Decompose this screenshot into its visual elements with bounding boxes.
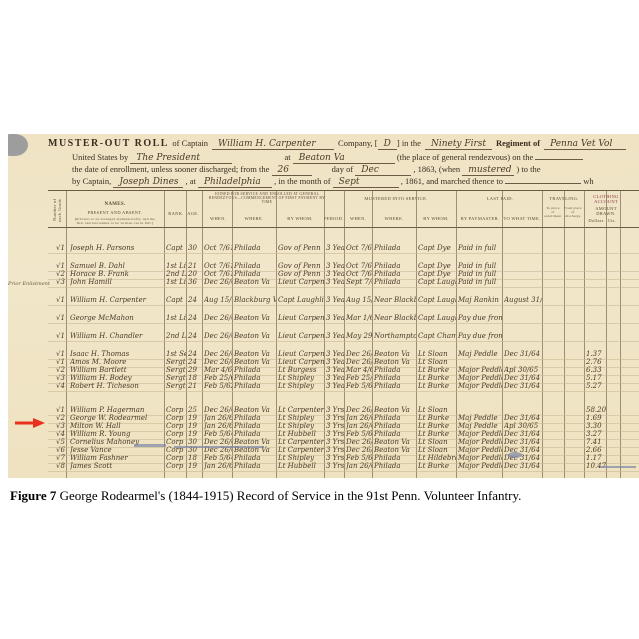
roll-title-line: MUSTER-OUT ROLL of Captain William H. Ca… bbox=[48, 138, 626, 150]
col-rank: RANK. bbox=[166, 211, 186, 216]
cell-rank: Sergt bbox=[166, 358, 186, 366]
cell-rank: Corp bbox=[166, 454, 186, 462]
cell-name: Horace B. Frank bbox=[70, 270, 162, 278]
cell-period: 3 Years bbox=[326, 374, 344, 382]
cell-m-by: Capt Dye bbox=[418, 262, 456, 270]
cell-num: √2 bbox=[56, 270, 66, 278]
cell-period: 3 Yrs bbox=[326, 438, 344, 446]
cell-num: √2 bbox=[56, 366, 66, 374]
cell-by: Lt Hubbell bbox=[278, 462, 324, 470]
cell-period: 3 Yrs bbox=[326, 422, 344, 430]
cell-period: 3 Yrs bbox=[326, 430, 344, 438]
table-row: √8James ScottCorp19Jan 26/64PhiladaLt Hu… bbox=[8, 462, 639, 474]
cell-m-when: Mar 1/65 bbox=[346, 314, 372, 322]
cell-m-when: May 29/65 bbox=[346, 332, 372, 340]
cell-period: 3 Years bbox=[326, 350, 344, 358]
cell-to: Dec 31/64 bbox=[504, 382, 542, 390]
cell-where: Beaton Va bbox=[234, 314, 276, 322]
cell-to: Dec 31/64 bbox=[504, 374, 542, 382]
cell-m-when: Feb 5/62 bbox=[346, 382, 372, 390]
cell-m-when: Jan 26/64 bbox=[346, 422, 372, 430]
cell-when: Aug 15/64 bbox=[204, 296, 232, 304]
cell-m-when: Dec 26/63 bbox=[346, 438, 372, 446]
cell-when: Jan 26/64 bbox=[204, 414, 232, 422]
cell-m-when: Aug 15/64 bbox=[346, 296, 372, 304]
cell-where: Blackburg Va bbox=[234, 296, 276, 304]
cell-num: √7 bbox=[56, 454, 66, 462]
cell-when: Dec 26/63 bbox=[204, 350, 232, 358]
cell-m-when: Jan 26/64 bbox=[346, 462, 372, 470]
cell-age: 19 bbox=[188, 422, 202, 430]
company-letter: D bbox=[378, 139, 397, 150]
cell-m-where: Philada bbox=[374, 462, 416, 470]
cell-rank: Sergt bbox=[166, 382, 186, 390]
cell-by: Lieut Carpenter bbox=[278, 350, 324, 358]
cell-m-when: Oct 7/61 bbox=[346, 244, 372, 252]
cell-paid: Major Peddle bbox=[458, 446, 502, 454]
cell-m-where: Philada bbox=[374, 422, 416, 430]
roll-line-3: the date of enrollment, unless sooner di… bbox=[72, 164, 540, 176]
cell-where: Philada bbox=[234, 430, 276, 438]
cell-m-where: Beaton Va bbox=[374, 350, 416, 358]
cell-age: 19 bbox=[188, 462, 202, 470]
cell-m-by: Lt Sloan bbox=[418, 438, 456, 446]
table-row: √3John Hamill1st Lieut36Dec 26/63Beaton … bbox=[8, 278, 639, 290]
cell-amt: 5.17 bbox=[586, 374, 606, 382]
cell-name: Amos M. Moore bbox=[70, 358, 162, 366]
cell-where: Beaton Va bbox=[234, 358, 276, 366]
cell-where: Philada bbox=[234, 462, 276, 470]
cell-where: Beaton Va bbox=[234, 278, 276, 286]
cell-num: √3 bbox=[56, 374, 66, 382]
cell-amt: 1.17 bbox=[586, 454, 606, 462]
cell-to: Dec 31/64 bbox=[504, 350, 542, 358]
cell-where: Beaton Va bbox=[234, 438, 276, 446]
cell-when: Dec 26/63 bbox=[204, 278, 232, 286]
cell-when: Oct 7/61 bbox=[204, 270, 232, 278]
cell-paid: Maj Peddle bbox=[458, 350, 502, 358]
cell-m-when: Sept 7/64 bbox=[346, 278, 372, 286]
cell-m-by: Capt Chamberlain bbox=[418, 332, 456, 340]
cell-age: 19 bbox=[188, 430, 202, 438]
cell-paid: Major Peddle bbox=[458, 462, 502, 470]
cell-by: Lt Shipley bbox=[278, 382, 324, 390]
cell-period: 3 Yrs bbox=[326, 454, 344, 462]
cell-by: Lt Shipley bbox=[278, 414, 324, 422]
cell-m-where: Philada bbox=[374, 454, 416, 462]
cell-m-by: Lt Burke bbox=[418, 414, 456, 422]
cell-by: Lieut Carpenter bbox=[278, 314, 324, 322]
cell-m-by: Capt Laughlin bbox=[418, 314, 456, 322]
ink-blot bbox=[8, 134, 28, 156]
cell-m-by: Lt Sloan bbox=[418, 350, 456, 358]
cell-num: √1 bbox=[56, 358, 66, 366]
cell-m-where: Near Blackburg bbox=[374, 314, 416, 322]
col-number: Number of each Grade bbox=[52, 198, 64, 222]
cell-amt: 6.33 bbox=[586, 366, 606, 374]
authority: The President bbox=[130, 153, 232, 164]
cell-name: Robert H. Ticheson bbox=[70, 382, 162, 390]
cell-num: √4 bbox=[56, 382, 66, 390]
cell-rank: Corp bbox=[166, 430, 186, 438]
cell-num: √2 bbox=[56, 414, 66, 422]
cell-where: Philada bbox=[234, 244, 276, 252]
cell-where: Philada bbox=[234, 414, 276, 422]
table-row: √1Joseph H. ParsonsCapt30Oct 7/61Philada… bbox=[8, 244, 639, 256]
cell-m-where: Northampton DC bbox=[374, 332, 416, 340]
cell-by: Gov of Penn bbox=[278, 244, 324, 252]
cell-name: Joseph H. Parsons bbox=[70, 244, 162, 252]
cell-to: Apl 30/65 bbox=[504, 366, 542, 374]
cell-period: 3 Yrs bbox=[326, 406, 344, 414]
cell-paid: Maj Rankin bbox=[458, 296, 502, 304]
cell-period: 3 Years bbox=[326, 296, 344, 304]
table-row: √1William H. CarpenterCapt24Aug 15/64Bla… bbox=[8, 296, 639, 308]
cell-age: 25 bbox=[188, 406, 202, 414]
cell-m-where: Philada bbox=[374, 262, 416, 270]
cell-by: Gov of Penn bbox=[278, 262, 324, 270]
cell-m-when: Feb 5/64 bbox=[346, 430, 372, 438]
table-row: √4Robert H. TichesonSergt21Feb 5/62Phila… bbox=[8, 382, 639, 394]
red-arrow-icon bbox=[15, 418, 45, 428]
cell-num: √1 bbox=[56, 262, 66, 270]
cell-period: 3 Years bbox=[326, 358, 344, 366]
cell-when: Dec 26/63 bbox=[204, 358, 232, 366]
cell-rank: 2nd Lieut bbox=[166, 332, 186, 340]
cell-age: 36 bbox=[188, 278, 202, 286]
cell-m-by: Capt Dye bbox=[418, 244, 456, 252]
cell-m-by: Lt Burke bbox=[418, 422, 456, 430]
cell-period: 3 Yrs bbox=[326, 462, 344, 470]
cell-amt: 7.41 bbox=[586, 438, 606, 446]
table-row: √1William H. Chandler2nd Lieut24Dec 26/6… bbox=[8, 332, 639, 344]
col-joined: JOINED FOR SERVICE AND ENROLLED AT GENER… bbox=[204, 192, 330, 204]
cell-amt: 3.30 bbox=[586, 422, 606, 430]
cell-where: Beaton Va bbox=[234, 332, 276, 340]
cell-by: Lieut Carpenter bbox=[278, 358, 324, 366]
cell-m-when: Mar 4/62 bbox=[346, 366, 372, 374]
cell-num: √5 bbox=[56, 438, 66, 446]
figure-caption: Figure 7 George Rodearmel's (1844-1915) … bbox=[10, 488, 521, 504]
cell-by: Lieut Carpenter bbox=[278, 278, 324, 286]
cell-m-when: Feb 25/62 bbox=[346, 374, 372, 382]
cell-m-where: Near Blackburg Va bbox=[374, 296, 416, 304]
cell-m-by: Capt Laughlin bbox=[418, 296, 456, 304]
cell-rank: Capt bbox=[166, 244, 186, 252]
cell-where: Beaton Va bbox=[234, 406, 276, 414]
cell-m-when: Dec 26/63 bbox=[346, 406, 372, 414]
cell-name: William Fashner bbox=[70, 454, 162, 462]
cell-m-when: Dec 26/63 bbox=[346, 358, 372, 366]
cell-where: Philada bbox=[234, 366, 276, 374]
cell-by: Lt Shipley bbox=[278, 374, 324, 382]
table-row: √1George McMahon1st Lieut24Dec 26/63Beat… bbox=[8, 314, 639, 326]
cell-num: √1 bbox=[56, 350, 66, 358]
cell-age: 21 bbox=[188, 382, 202, 390]
roll-line-4: by Captain, Joseph Dines , at Philadelph… bbox=[72, 176, 594, 188]
cell-period: 3 Yrs bbox=[326, 414, 344, 422]
cell-m-by: Lt Sloan bbox=[418, 446, 456, 454]
caption-text: George Rodearmel's (1844-1915) Record of… bbox=[56, 488, 521, 503]
cell-num: √1 bbox=[56, 296, 66, 304]
cell-m-where: Beaton Va bbox=[374, 406, 416, 414]
cell-name: Samuel B. Dahl bbox=[70, 262, 162, 270]
cell-to: Dec 31/64 bbox=[504, 414, 542, 422]
cell-m-where: Philada bbox=[374, 366, 416, 374]
cell-when: Feb 5/62 bbox=[204, 382, 232, 390]
cell-when: Oct 7/61 bbox=[204, 262, 232, 270]
cell-paid: Major Peddle bbox=[458, 366, 502, 374]
cell-age: 24 bbox=[188, 358, 202, 366]
cell-age: 24 bbox=[188, 314, 202, 322]
cell-m-when: Dec 26/63 bbox=[346, 350, 372, 358]
cell-num: √1 bbox=[56, 244, 66, 252]
cell-m-when: Dec 26/63 bbox=[346, 446, 372, 454]
cell-num: √1 bbox=[56, 332, 66, 340]
cell-paid: Paid in full bbox=[458, 244, 502, 252]
ink-stain bbox=[134, 444, 166, 447]
regiment-number: Ninety First bbox=[425, 139, 492, 150]
cell-amt: 2.76 bbox=[586, 358, 606, 366]
cell-name: Jesse Vance bbox=[70, 446, 162, 454]
cell-where: Philada bbox=[234, 270, 276, 278]
cell-name: William P. Hagerman bbox=[70, 406, 162, 414]
cell-rank: Corp bbox=[166, 414, 186, 422]
cell-by: Capt Laughlin bbox=[278, 296, 324, 304]
cell-age: 20 bbox=[188, 270, 202, 278]
cell-rank: 1st Sergt bbox=[166, 350, 186, 358]
cell-rank: Capt bbox=[166, 296, 186, 304]
cell-m-where: Philada bbox=[374, 270, 416, 278]
cell-name: George W. Rodearmel bbox=[70, 414, 162, 422]
cell-age: 18 bbox=[188, 374, 202, 382]
cell-to: August 31/64 bbox=[504, 296, 542, 304]
cell-to: Dec 31/64 bbox=[504, 438, 542, 446]
cell-to: Apl 30/65 bbox=[504, 422, 542, 430]
cell-paid: Pay due from muster bbox=[458, 314, 502, 322]
cell-rank: 1st Lieut bbox=[166, 278, 186, 286]
cell-age: 30 bbox=[188, 244, 202, 252]
cell-m-where: Beaton Va bbox=[374, 358, 416, 366]
cell-amt: 1.69 bbox=[586, 414, 606, 422]
cell-where: Philada bbox=[234, 262, 276, 270]
cell-period: 3 Years bbox=[326, 332, 344, 340]
muster-month: Sept bbox=[333, 177, 399, 188]
col-age: AGE. bbox=[186, 211, 200, 216]
cell-when: Dec 26/63 bbox=[204, 332, 232, 340]
cell-period: 3 Years bbox=[326, 270, 344, 278]
cell-paid: Major Peddle bbox=[458, 430, 502, 438]
cell-m-where: Beaton Va bbox=[374, 446, 416, 454]
cell-where: Beaton Va bbox=[234, 350, 276, 358]
col-last-paid: LAST PAID. bbox=[458, 196, 542, 201]
roll-line-2: United States by The President at Beaton… bbox=[72, 152, 583, 164]
captain-name: William H. Carpenter bbox=[212, 139, 334, 150]
cell-to: Dec 31/64 bbox=[504, 462, 542, 470]
cell-name: Isaac H. Thomas bbox=[70, 350, 162, 358]
cell-period: 3 Years bbox=[326, 366, 344, 374]
cell-paid: Major Peddle bbox=[458, 454, 502, 462]
cell-name: William H. Chandler bbox=[70, 332, 162, 340]
enroll-day: 26 bbox=[272, 165, 312, 176]
cell-amt: 3.27 bbox=[586, 430, 606, 438]
cell-to: Dec 31/64 bbox=[504, 430, 542, 438]
cell-period: 3 Years bbox=[326, 314, 344, 322]
cell-m-where: Philada bbox=[374, 382, 416, 390]
figure-label: Figure 7 bbox=[10, 488, 56, 503]
cell-m-by: Lt Hildebrand bbox=[418, 454, 456, 462]
cell-by: Lt Shipley bbox=[278, 454, 324, 462]
cell-name: George McMahon bbox=[70, 314, 162, 322]
cell-num: √3 bbox=[56, 422, 66, 430]
ink-stain bbox=[508, 452, 522, 458]
cell-m-by: Lt Sloan bbox=[418, 358, 456, 366]
cell-age: 18 bbox=[188, 454, 202, 462]
cell-paid: Pay due from muster bbox=[458, 332, 502, 340]
cell-age: 24 bbox=[188, 332, 202, 340]
cell-when: Feb 5/64 bbox=[204, 454, 232, 462]
cell-num: √8 bbox=[56, 462, 66, 470]
cell-where: Philada bbox=[234, 382, 276, 390]
cell-m-by: Capt Laughlin bbox=[418, 278, 456, 286]
cell-m-where: Philada bbox=[374, 278, 416, 286]
cell-m-when: Oct 7/61 bbox=[346, 262, 372, 270]
cell-name: William R. Young bbox=[70, 430, 162, 438]
cell-paid: Major Peddle bbox=[458, 382, 502, 390]
cell-age: 21 bbox=[188, 262, 202, 270]
cell-when: Mar 4/62 bbox=[204, 366, 232, 374]
cell-period: 3 Years bbox=[326, 244, 344, 252]
cell-when: Jan 26/64 bbox=[204, 462, 232, 470]
cell-m-where: Philada bbox=[374, 374, 416, 382]
cell-when: Dec 26/63 bbox=[204, 406, 232, 414]
cell-name: William H. Bodey bbox=[70, 374, 162, 382]
cell-rank: Corp bbox=[166, 406, 186, 414]
cell-name: Milton W. Hall bbox=[70, 422, 162, 430]
cell-num: √3 bbox=[56, 278, 66, 286]
cell-name: William H. Carpenter bbox=[70, 296, 162, 304]
ink-stain bbox=[174, 446, 264, 448]
cell-paid: Paid in full bbox=[458, 262, 502, 270]
cell-m-by: Lt Burke bbox=[418, 430, 456, 438]
cell-m-where: Beaton Va bbox=[374, 438, 416, 446]
mustering-captain: Joseph Dines bbox=[113, 177, 183, 188]
cell-rank: 2nd Lieut bbox=[166, 270, 186, 278]
cell-when: Dec 26/63 bbox=[204, 438, 232, 446]
cell-amt: 5.27 bbox=[586, 382, 606, 390]
cell-when: Feb 25/62 bbox=[204, 374, 232, 382]
cell-rank: Sergt bbox=[166, 366, 186, 374]
cell-paid: Paid in full bbox=[458, 270, 502, 278]
cell-by: Lt Shipley bbox=[278, 422, 324, 430]
cell-rank: Corp bbox=[166, 462, 186, 470]
cell-paid: Major Peddle bbox=[458, 374, 502, 382]
cell-rank: Corp bbox=[166, 438, 186, 446]
cell-age: 24 bbox=[188, 350, 202, 358]
cell-by: Lt Burgess bbox=[278, 366, 324, 374]
cell-by: Lieut Carpenter bbox=[278, 332, 324, 340]
cell-when: Jan 26/64 bbox=[204, 422, 232, 430]
cell-where: Philada bbox=[234, 374, 276, 382]
cell-age: 30 bbox=[188, 438, 202, 446]
cell-where: Philada bbox=[234, 454, 276, 462]
cell-m-by: Lt Burke bbox=[418, 366, 456, 374]
roll-title: MUSTER-OUT ROLL bbox=[48, 138, 168, 149]
cell-by: Lt Hubbell bbox=[278, 430, 324, 438]
enroll-month: Dec bbox=[355, 165, 411, 176]
cell-m-when: Oct 7/61 bbox=[346, 270, 372, 278]
cell-when: Feb 5/64 bbox=[204, 430, 232, 438]
cell-name: William Bartlett bbox=[70, 366, 162, 374]
cell-m-by: Lt Burke bbox=[418, 382, 456, 390]
cell-paid: Major Peddle bbox=[458, 438, 502, 446]
cell-amt: 2.66 bbox=[586, 446, 606, 454]
regiment-name: Penna Vet Vol bbox=[544, 139, 626, 150]
cell-m-where: Philada bbox=[374, 244, 416, 252]
cell-m-when: Jan 26/64 bbox=[346, 414, 372, 422]
cell-age: 19 bbox=[188, 414, 202, 422]
cell-name: James Scott bbox=[70, 462, 162, 470]
col-names: NAMES. bbox=[72, 202, 158, 207]
cell-m-by: Lt Burke bbox=[418, 462, 456, 470]
cell-by: Lt Carpenter bbox=[278, 406, 324, 414]
cell-num: √6 bbox=[56, 446, 66, 454]
cell-by: Gov of Penn bbox=[278, 270, 324, 278]
cell-amt: 58.20 bbox=[586, 406, 606, 414]
cell-num: √4 bbox=[56, 430, 66, 438]
cell-m-by: Capt Dye bbox=[418, 270, 456, 278]
cell-rank: 1st Lieut bbox=[166, 314, 186, 322]
ink-stain bbox=[600, 466, 636, 468]
cell-num: √1 bbox=[56, 406, 66, 414]
rendezvous-place: Beaton Va bbox=[293, 153, 395, 164]
cell-when: Oct 7/61 bbox=[204, 244, 232, 252]
cell-m-where: Philada bbox=[374, 414, 416, 422]
cell-age: 24 bbox=[188, 296, 202, 304]
cell-paid: Paid in full bbox=[458, 278, 502, 286]
cell-m-when: Feb 5/64 bbox=[346, 454, 372, 462]
cell-by: Lt Carpenter bbox=[278, 438, 324, 446]
cell-m-by: Lt Sloan bbox=[418, 406, 456, 414]
cell-rank: Sergt bbox=[166, 374, 186, 382]
cell-where: Philada bbox=[234, 422, 276, 430]
muster-place: Philadelphia bbox=[198, 177, 272, 188]
cell-rank: Corp bbox=[166, 422, 186, 430]
cell-rank: 1st Lieut bbox=[166, 262, 186, 270]
cell-age: 29 bbox=[188, 366, 202, 374]
cell-when: Dec 26/63 bbox=[204, 314, 232, 322]
cell-period: 3 Years bbox=[326, 278, 344, 286]
cell-m-by: Lt Burke bbox=[418, 374, 456, 382]
cell-name: John Hamill bbox=[70, 278, 162, 286]
col-mustered: MUSTERED INTO SERVICE. bbox=[344, 196, 448, 201]
muster-roll-scan: MUSTER-OUT ROLL of Captain William H. Ca… bbox=[8, 134, 639, 478]
cell-period: 3 Years bbox=[326, 262, 344, 270]
cell-paid: Maj Peddle bbox=[458, 414, 502, 422]
cell-m-where: Philada bbox=[374, 430, 416, 438]
cell-amt: 1.37 bbox=[586, 350, 606, 358]
cell-paid: Maj Peddle bbox=[458, 422, 502, 430]
cell-by: Lt Carpenter bbox=[278, 446, 324, 454]
cell-period: 3 Years bbox=[326, 382, 344, 390]
cell-period: 3 Yrs bbox=[326, 446, 344, 454]
cell-num: √1 bbox=[56, 314, 66, 322]
